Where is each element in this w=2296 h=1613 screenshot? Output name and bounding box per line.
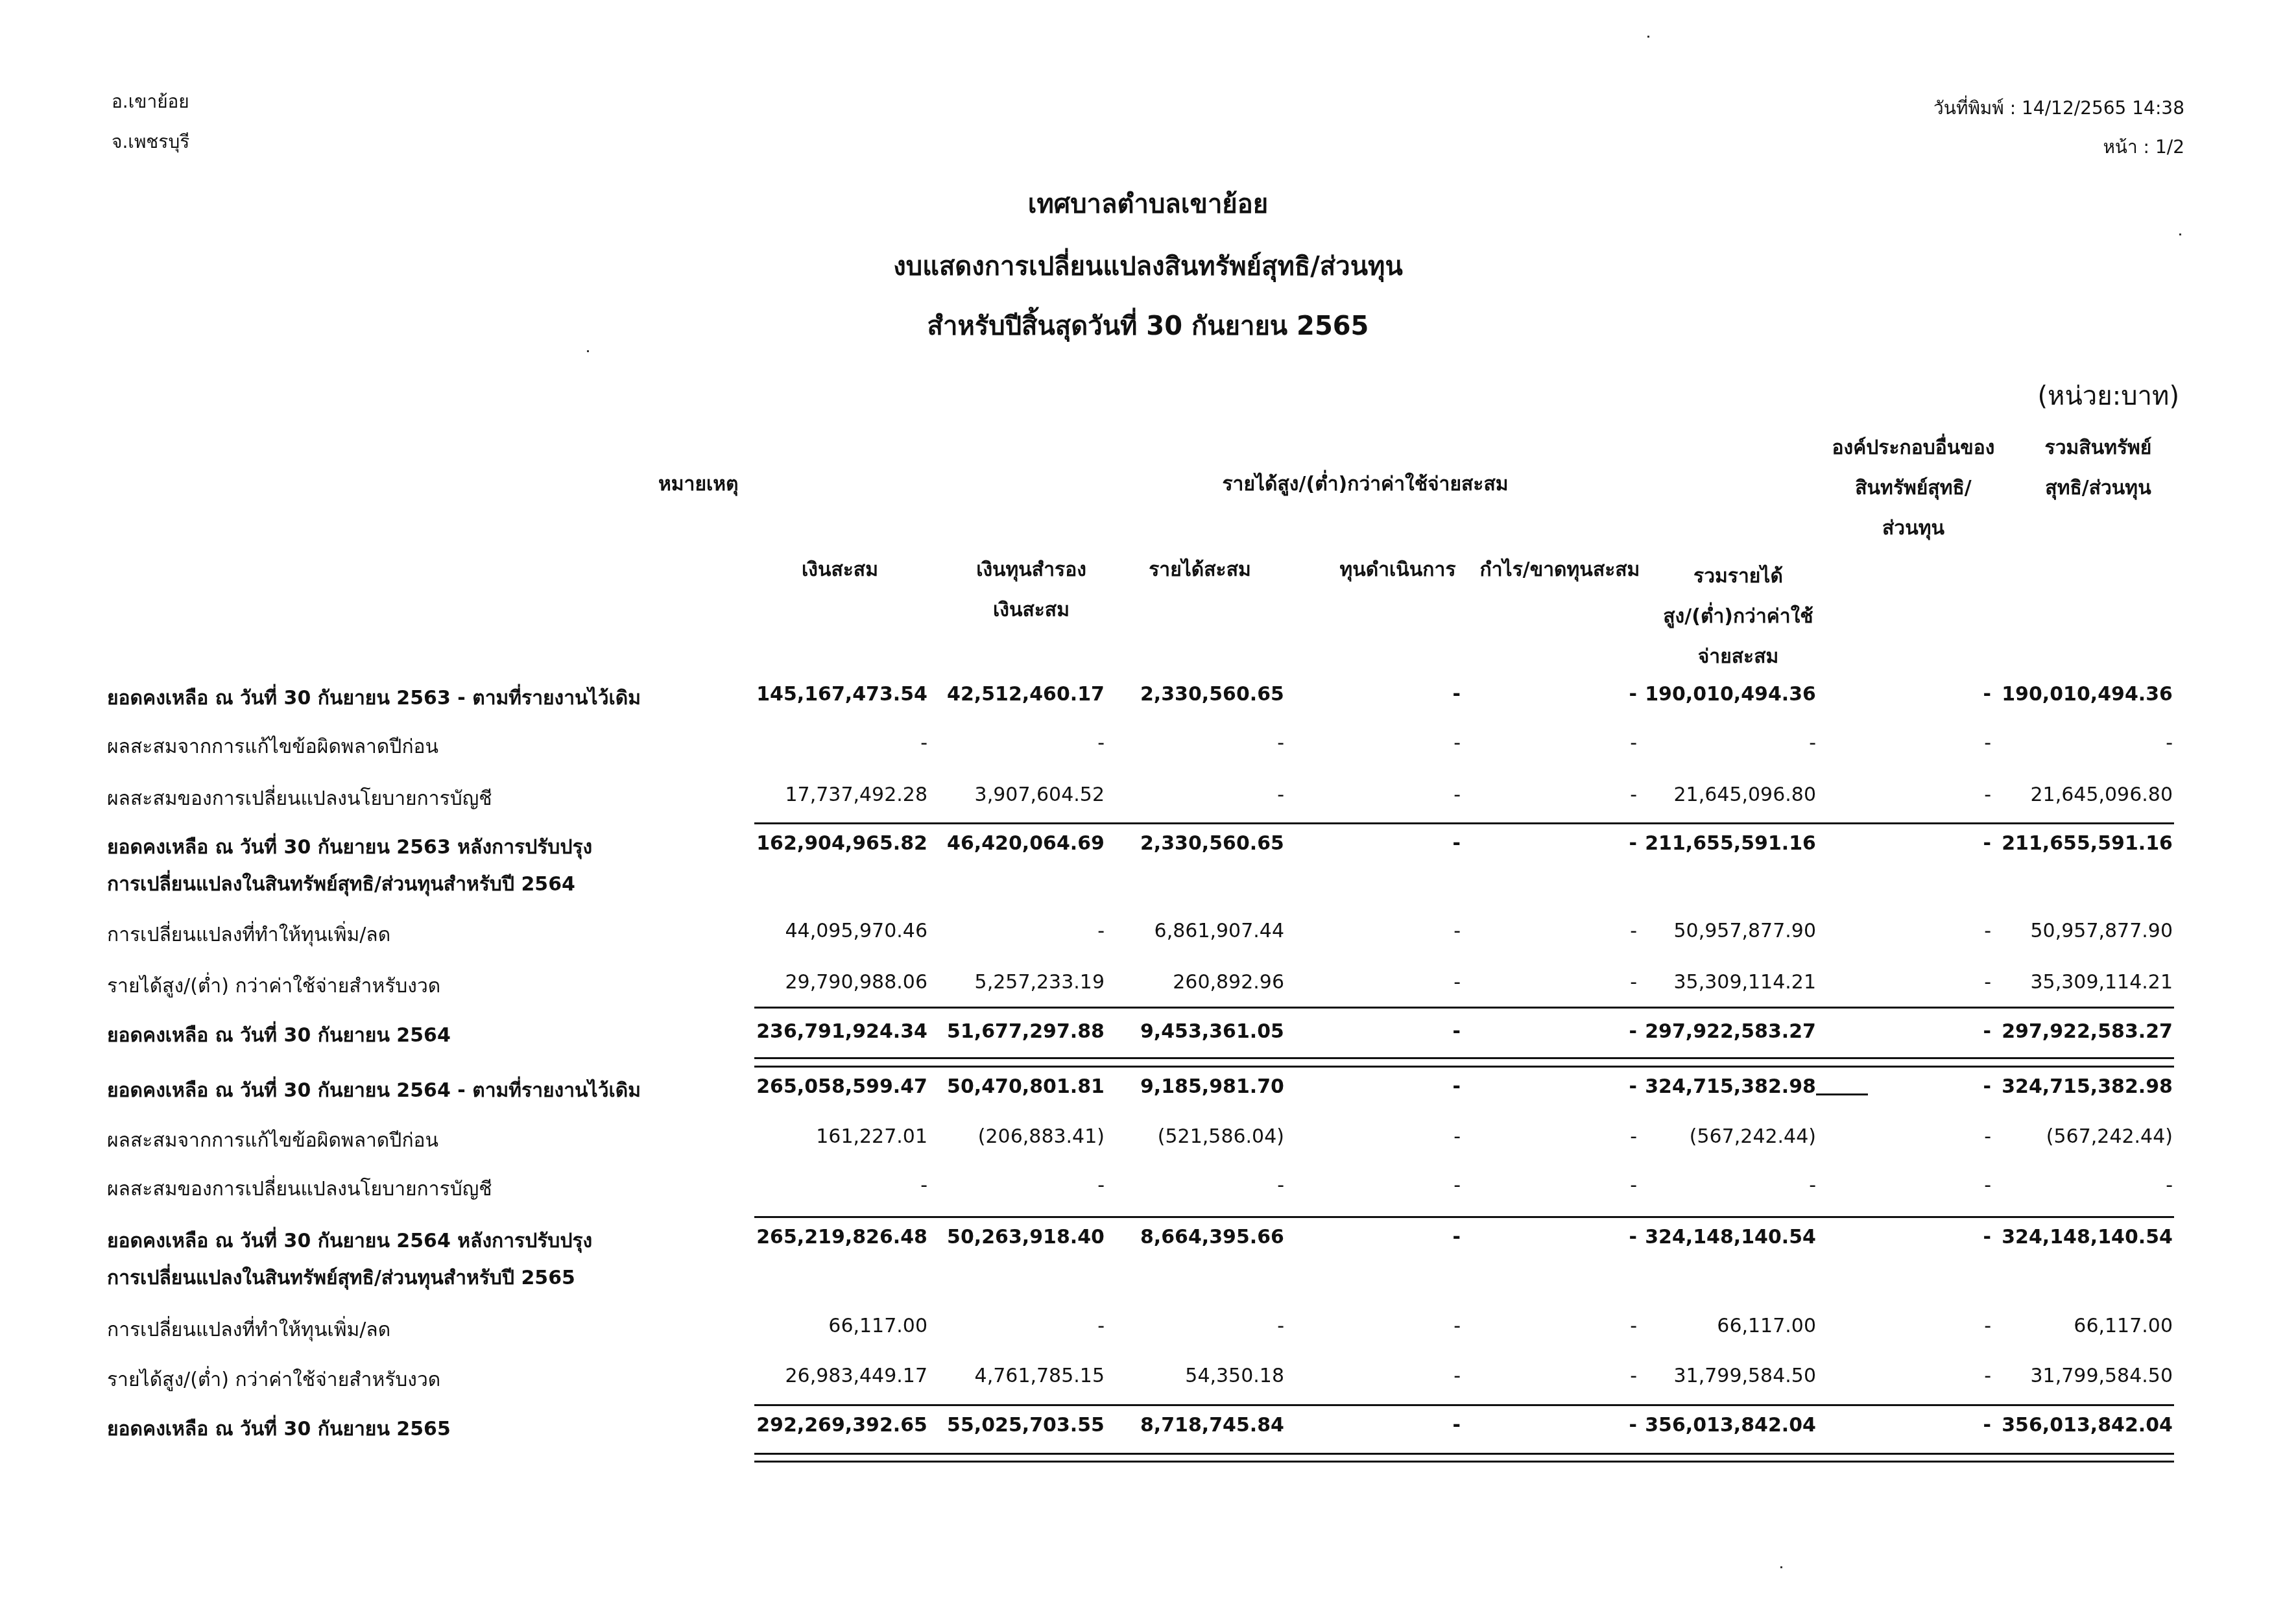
scan-speck — [2179, 233, 2181, 235]
table-cell: 4,761,785.15 — [910, 1365, 1105, 1387]
table-cell: - — [1442, 683, 1637, 706]
table-cell: - — [910, 1174, 1105, 1197]
row-label: ยอดคงเหลือ ณ วันที่ 30 กันยายน 2564 หลัง… — [107, 1226, 592, 1256]
table-cell: - — [1442, 832, 1637, 855]
table-cell: 66,117.00 — [1978, 1315, 2173, 1337]
table-cell: 211,655,591.16 — [1978, 832, 2173, 855]
balance-double-rule — [754, 1066, 2174, 1068]
table-cell: - — [1442, 1174, 1637, 1197]
column-header-total-net-assets: รวมสินทรัพย์ — [2001, 428, 2195, 468]
table-cell: - — [1442, 1315, 1637, 1337]
balance-double-rule — [754, 1453, 2174, 1455]
column-header-accum-profit-loss: กำไร/ขาดทุนสะสม — [1456, 550, 1664, 590]
table-cell: 9,453,361.05 — [1090, 1020, 1284, 1043]
table-cell: 260,892.96 — [1090, 971, 1284, 994]
column-header-accum-revenue: รายได้สะสม — [1103, 550, 1297, 590]
table-cell: 35,309,114.21 — [1978, 971, 2173, 994]
table-cell: 190,010,494.36 — [1978, 683, 2173, 706]
table-cell: - — [1797, 1365, 1991, 1387]
table-cell: - — [1266, 1315, 1461, 1337]
table-cell: 21,645,096.80 — [1978, 783, 2173, 806]
row-label: รายได้สูง/(ต่ำ) กว่าค่าใช้จ่ายสำหรับงวด — [107, 971, 440, 1001]
table-cell: - — [1797, 1174, 1991, 1197]
table-cell: - — [1797, 732, 1991, 754]
table-cell: - — [1797, 971, 1991, 994]
table-cell: - — [1266, 971, 1461, 994]
table-cell: 21,645,096.80 — [1621, 783, 1816, 806]
table-cell: - — [1442, 1125, 1637, 1148]
table-cell: 265,219,826.48 — [733, 1226, 927, 1249]
table-cell: 324,715,382.98 — [1978, 1075, 2173, 1098]
table-cell: 265,058,599.47 — [733, 1075, 927, 1098]
table-cell: - — [1442, 783, 1637, 806]
table-cell: - — [733, 1174, 927, 1197]
page-number: หน้า : 1/2 — [2103, 133, 2184, 161]
table-cell: 50,957,877.90 — [1621, 920, 1816, 942]
table-cell: 190,010,494.36 — [1621, 683, 1816, 706]
table-cell: 2,330,560.65 — [1090, 832, 1284, 855]
table-cell: 46,420,064.69 — [910, 832, 1105, 855]
table-cell: - — [1797, 1020, 1991, 1043]
table-cell: 3,907,604.52 — [910, 783, 1105, 806]
table-cell: - — [1090, 1174, 1284, 1197]
table-cell: - — [1442, 920, 1637, 942]
subtotal-rule — [754, 822, 2174, 824]
scan-speck — [1647, 36, 1649, 38]
table-cell: - — [1797, 920, 1991, 942]
column-header-total-accum: สูง/(ต่ำ)กว่าค่าใช้ — [1641, 597, 1836, 637]
table-cell: 292,269,392.65 — [733, 1414, 927, 1437]
table-cell: - — [1442, 1075, 1637, 1098]
table-cell: 2,330,560.65 — [1090, 683, 1284, 706]
unit-label: (หน่วย:บาท) — [2037, 375, 2179, 416]
table-cell: - — [1797, 783, 1991, 806]
table-cell: 26,983,449.17 — [733, 1365, 927, 1387]
row-label: ยอดคงเหลือ ณ วันที่ 30 กันยายน 2563 - ตา… — [107, 683, 641, 713]
row-label: ผลสะสมของการเปลี่ยนแปลงนโยบายการบัญชี — [107, 1174, 492, 1204]
table-cell: 9,185,981.70 — [1090, 1075, 1284, 1098]
table-cell: - — [1266, 832, 1461, 855]
column-header-reserve-fund: เงินทุนสำรอง — [934, 550, 1129, 590]
row-label: การเปลี่ยนแปลงที่ทำให้ทุนเพิ่ม/ลด — [107, 920, 390, 950]
table-cell: - — [1442, 1226, 1637, 1249]
table-cell: - — [1266, 732, 1461, 754]
accumulated-group-header: รายได้สูง/(ต่ำ)กว่าค่าใช้จ่ายสะสม — [1083, 464, 1647, 505]
table-cell: - — [910, 732, 1105, 754]
period-title: สำหรับปีสิ้นสุดวันที่ 30 กันยายน 2565 — [0, 305, 2296, 346]
table-cell: - — [1797, 683, 1991, 706]
row-label: การเปลี่ยนแปลงที่ทำให้ทุนเพิ่ม/ลด — [107, 1315, 390, 1345]
stray-mark — [1816, 1093, 1868, 1095]
table-cell: (567,242.44) — [1621, 1125, 1816, 1148]
table-cell: 35,309,114.21 — [1621, 971, 1816, 994]
scan-speck — [587, 350, 589, 352]
table-cell: - — [1442, 1020, 1637, 1043]
table-cell: - — [1797, 832, 1991, 855]
table-cell: 161,227.01 — [733, 1125, 927, 1148]
table-cell: 162,904,965.82 — [733, 832, 927, 855]
province-label: จ.เพชรบุรี — [112, 128, 189, 156]
table-cell: (206,883.41) — [910, 1125, 1105, 1148]
table-cell: 31,799,584.50 — [1621, 1365, 1816, 1387]
row-label: ผลสะสมของการเปลี่ยนแปลงนโยบายการบัญชี — [107, 783, 492, 814]
district-label: อ.เขาย้อย — [112, 88, 189, 116]
scan-speck — [1780, 1566, 1782, 1568]
table-cell: 42,512,460.17 — [910, 683, 1105, 706]
column-header-other-components: ส่วนทุน — [1810, 508, 2017, 549]
table-cell: 17,737,492.28 — [733, 783, 927, 806]
table-cell: - — [1090, 783, 1284, 806]
table-cell: - — [1621, 732, 1816, 754]
column-header-other-components: สินทรัพย์สุทธิ/ — [1810, 468, 2017, 508]
row-label: ยอดคงเหลือ ณ วันที่ 30 กันยายน 2564 - ตา… — [107, 1075, 641, 1106]
column-header-total-net-assets: สุทธิ/ส่วนทุน — [2001, 468, 2195, 508]
table-cell: - — [1442, 732, 1637, 754]
table-cell: 324,715,382.98 — [1621, 1075, 1816, 1098]
column-header-other-components: องค์ประกอบอื่นของ — [1810, 428, 2017, 468]
table-cell: - — [1978, 1174, 2173, 1197]
table-cell: (567,242.44) — [1978, 1125, 2173, 1148]
table-cell: 66,117.00 — [1621, 1315, 1816, 1337]
column-header-reserve-fund: เงินสะสม — [934, 590, 1129, 630]
row-label: ยอดคงเหลือ ณ วันที่ 30 กันยายน 2563 หลัง… — [107, 832, 592, 863]
table-cell: - — [1797, 1226, 1991, 1249]
table-cell: 29,790,988.06 — [733, 971, 927, 994]
table-cell: - — [1266, 783, 1461, 806]
statement-title: งบแสดงการเปลี่ยนแปลงสินทรัพย์สุทธิ/ส่วนท… — [0, 245, 2296, 287]
table-cell: - — [1797, 1125, 1991, 1148]
subtotal-rule — [754, 1404, 2174, 1406]
row-label: รายได้สูง/(ต่ำ) กว่าค่าใช้จ่ายสำหรับงวด — [107, 1365, 440, 1395]
balance-double-rule — [754, 1057, 2174, 1059]
table-cell: 50,957,877.90 — [1978, 920, 2173, 942]
table-cell: - — [1442, 1365, 1637, 1387]
table-cell: 211,655,591.16 — [1621, 832, 1816, 855]
table-cell: - — [1266, 1226, 1461, 1249]
table-cell: 8,718,745.84 — [1090, 1414, 1284, 1437]
table-cell: - — [1266, 1174, 1461, 1197]
column-header-total-accum: รวมรายได้ — [1641, 556, 1836, 597]
table-cell: - — [1978, 732, 2173, 754]
row-label: ยอดคงเหลือ ณ วันที่ 30 กันยายน 2564 — [107, 1020, 451, 1051]
table-cell: 51,677,297.88 — [910, 1020, 1105, 1043]
table-cell: - — [1266, 1125, 1461, 1148]
table-cell: 356,013,842.04 — [1978, 1414, 2173, 1437]
table-cell: - — [1797, 1315, 1991, 1337]
table-cell: - — [733, 732, 927, 754]
table-cell: 50,263,918.40 — [910, 1226, 1105, 1249]
table-cell: 6,861,907.44 — [1090, 920, 1284, 942]
table-cell: - — [910, 1315, 1105, 1337]
table-cell: 297,922,583.27 — [1621, 1020, 1816, 1043]
table-cell: - — [1442, 1414, 1637, 1437]
note-column-header: หมายเหตุ — [658, 464, 739, 505]
table-cell: 236,791,924.34 — [733, 1020, 927, 1043]
table-cell: 5,257,233.19 — [910, 971, 1105, 994]
table-cell: - — [1090, 732, 1284, 754]
column-header-total-accum: จ่ายสะสม — [1641, 637, 1836, 677]
table-cell: - — [1442, 971, 1637, 994]
table-cell: 8,664,395.66 — [1090, 1226, 1284, 1249]
row-label: การเปลี่ยนแปลงในสินทรัพย์สุทธิ/ส่วนทุนสำ… — [107, 869, 575, 900]
org-title: เทศบาลตำบลเขาย้อย — [0, 183, 2296, 224]
table-cell: - — [1621, 1174, 1816, 1197]
subtotal-rule — [754, 1216, 2174, 1218]
balance-double-rule — [754, 1461, 2174, 1463]
table-cell: 44,095,970.46 — [733, 920, 927, 942]
table-cell: 297,922,583.27 — [1978, 1020, 2173, 1043]
table-cell: 55,025,703.55 — [910, 1414, 1105, 1437]
table-cell: - — [1090, 1315, 1284, 1337]
table-cell: 66,117.00 — [733, 1315, 927, 1337]
table-cell: 356,013,842.04 — [1621, 1414, 1816, 1437]
print-date: วันที่พิมพ์ : 14/12/2565 14:38 — [1933, 94, 2184, 123]
subtotal-rule — [754, 1007, 2174, 1009]
table-cell: 324,148,140.54 — [1621, 1226, 1816, 1249]
table-cell: - — [1266, 1365, 1461, 1387]
table-cell: - — [1266, 1020, 1461, 1043]
table-cell: - — [1266, 1414, 1461, 1437]
table-cell: - — [1266, 683, 1461, 706]
row-label: ผลสะสมจากการแก้ไขข้อผิดพลาดปีก่อน — [107, 732, 438, 762]
table-cell: - — [1797, 1414, 1991, 1437]
row-label: ยอดคงเหลือ ณ วันที่ 30 กันยายน 2565 — [107, 1414, 451, 1444]
table-cell: (521,586.04) — [1090, 1125, 1284, 1148]
table-cell: 54,350.18 — [1090, 1365, 1284, 1387]
table-cell: - — [1266, 920, 1461, 942]
row-label: ผลสะสมจากการแก้ไขข้อผิดพลาดปีก่อน — [107, 1125, 438, 1156]
row-label: การเปลี่ยนแปลงในสินทรัพย์สุทธิ/ส่วนทุนสำ… — [107, 1263, 575, 1293]
table-cell: 324,148,140.54 — [1978, 1226, 2173, 1249]
table-cell: 50,470,801.81 — [910, 1075, 1105, 1098]
table-cell: 31,799,584.50 — [1978, 1365, 2173, 1387]
table-cell: 145,167,473.54 — [733, 683, 927, 706]
table-cell: - — [910, 920, 1105, 942]
table-cell: - — [1266, 1075, 1461, 1098]
column-header-cash-reserve: เงินสะสม — [743, 550, 937, 590]
